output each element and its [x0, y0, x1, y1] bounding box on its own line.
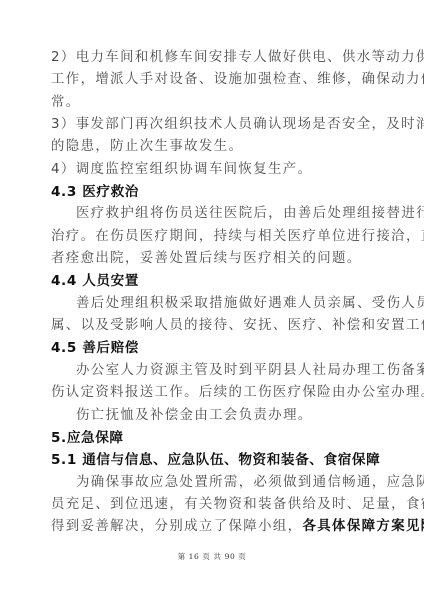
- paragraph-line: 治疗。在伤员医疗期间，持续与相关医疗单位进行接洽，直至伤: [51, 226, 373, 248]
- section-heading-4-4: 4.4 人员安置: [51, 270, 373, 292]
- paragraph-line: 伤亡抚恤及补偿金由工会负责办理。: [51, 405, 373, 427]
- paragraph-line: 伤认定资料报送工作。后续的工伤医疗保险由办公室办理。: [51, 382, 373, 404]
- paragraph-line: 常。: [51, 92, 373, 114]
- section-heading-4-3: 4.3 医疗救治: [51, 181, 373, 203]
- paragraph-line-mixed: 得到妥善解决，分别成立了保障小组，各具体保障方案见附件 5。: [51, 516, 373, 538]
- paragraph-line: 3）事发部门再次组织技术人员确认现场是否安全，及时消除存在: [51, 114, 373, 136]
- plain-text: 得到妥善解决，分别成立了保障小组，: [51, 519, 302, 534]
- paragraph-line: 属、以及受影响人员的接待、安抚、医疗、补偿和安置工作。: [51, 315, 373, 337]
- section-heading-5-1: 5.1 通信与信息、应急队伍、物资和装备、食宿保障: [51, 449, 373, 471]
- paragraph-line: 者痊愈出院，妥善处置后续与医疗相关的问题。: [51, 248, 373, 270]
- page-body: 2）电力车间和机修车间安排专人做好供电、供水等动力供给保障 工作，增派人手对设备…: [51, 47, 373, 539]
- section-heading-4-5: 4.5 善后赔偿: [51, 337, 373, 359]
- paragraph-line: 4）调度监控室组织协调车间恢复生产。: [51, 159, 373, 181]
- paragraph-line: 医疗救护组将伤员送往医院后，由善后处理组接替进行后续: [51, 203, 373, 225]
- paragraph-line: 办公室人力资源主管及时到平阴县人社局办理工伤备案、工: [51, 360, 373, 382]
- page-number-footer: 第 16 页 共 90 页: [0, 551, 424, 562]
- bold-reference-text: 各具体保障方案见附件 5。: [302, 519, 424, 534]
- paragraph-line: 为确保事故应急处置所需，必须做到通信畅通，应急队伍人: [51, 472, 373, 494]
- paragraph-line: 工作，增派人手对设备、设施加强检查、维修，确保动力供给正: [51, 69, 373, 91]
- paragraph-line: 善后处理组积极采取措施做好遇难人员亲属、受伤人员及家: [51, 293, 373, 315]
- paragraph-line: 的隐患，防止次生事故发生。: [51, 136, 373, 158]
- paragraph-line: 员充足、到位迅速，有关物资和装备供给及时、足量，食宿问题: [51, 494, 373, 516]
- paragraph-line: 2）电力车间和机修车间安排专人做好供电、供水等动力供给保障: [51, 47, 373, 69]
- document-page: 2）电力车间和机修车间安排专人做好供电、供水等动力供给保障 工作，增派人手对设备…: [0, 0, 424, 600]
- section-heading-5: 5.应急保障: [51, 427, 373, 449]
